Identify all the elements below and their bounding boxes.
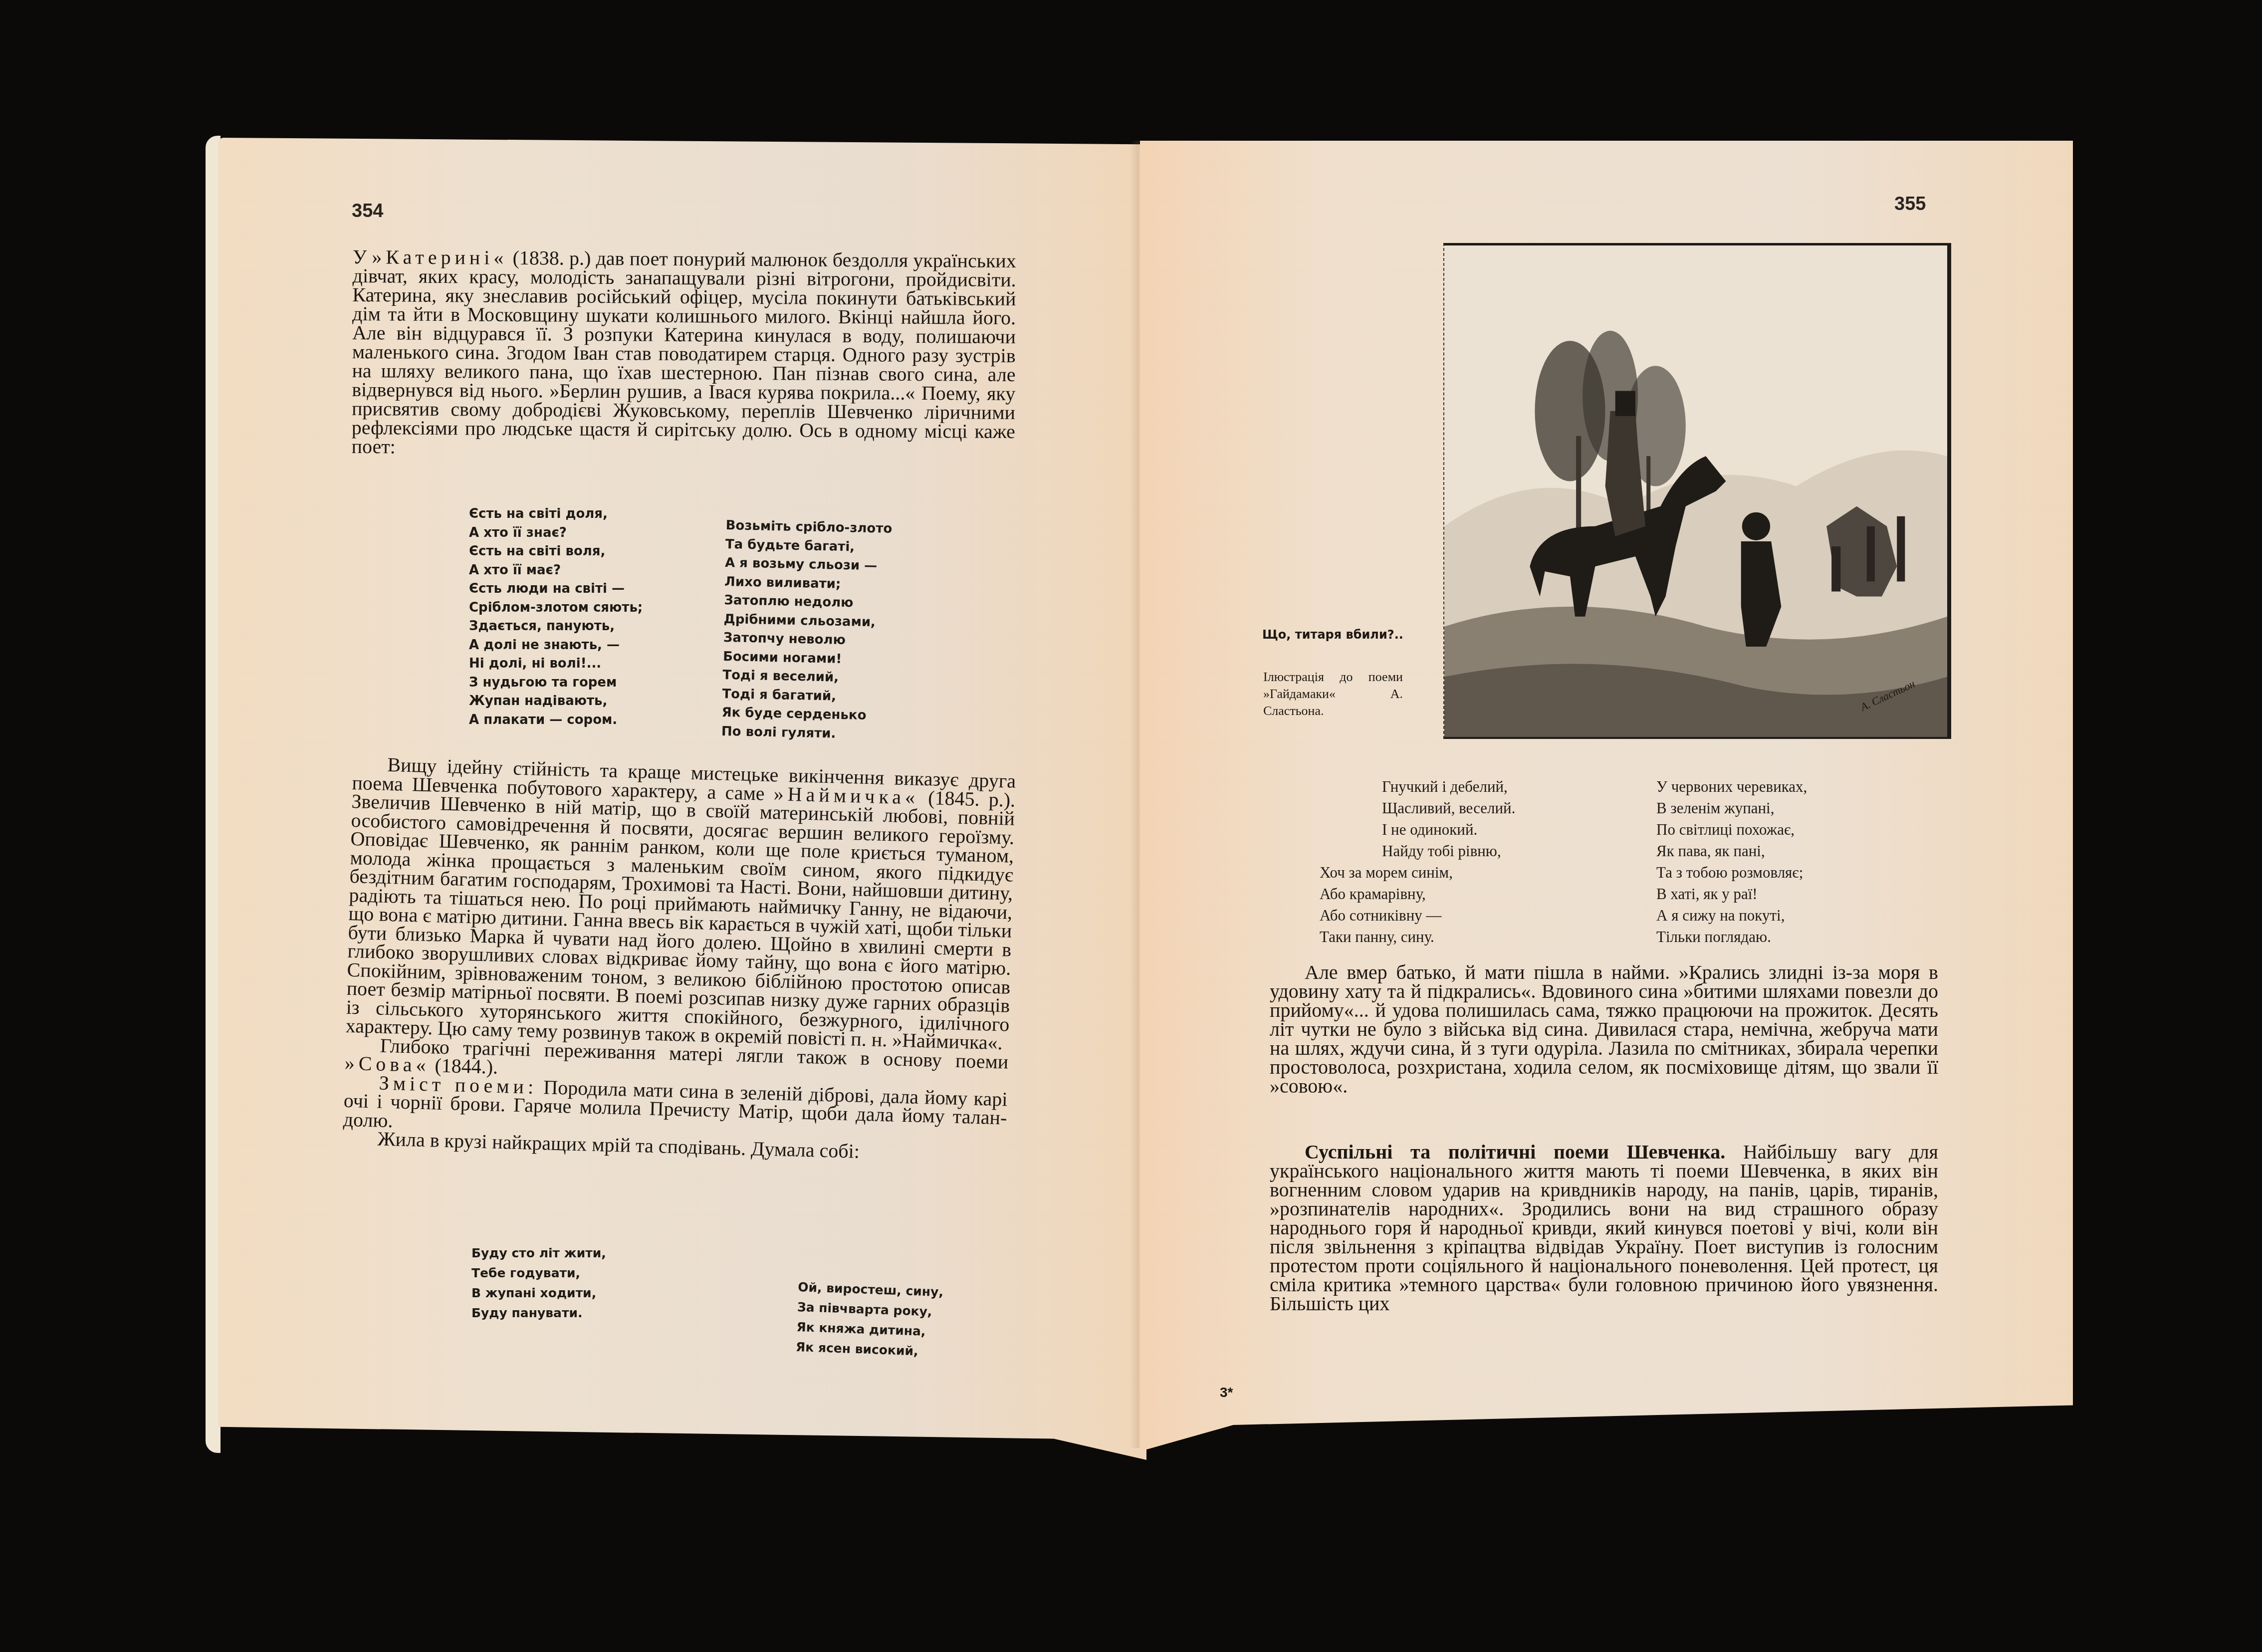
- page-stack-edge: [206, 136, 221, 1453]
- illustration-haidamaky: А. Сластьон: [1443, 243, 1951, 739]
- paragraph-naimychka: Вищу ідейну стійність та краще мистецьке…: [345, 754, 1016, 1052]
- verse-3-left-b: Хоч за морем синім,Або крамарівну,Або со…: [1320, 862, 1453, 947]
- verse-2-left: Буду сто літ жити,Тебе годувати,В жупані…: [471, 1243, 606, 1323]
- signature-mark: 3*: [1220, 1385, 1233, 1401]
- page-number-left: 354: [352, 201, 383, 222]
- intro-paragraph: У »Катерині« (1838. р.) дав поет понурий…: [351, 247, 1016, 460]
- illustration-quote: Що, титаря вбили?..: [1262, 628, 1403, 642]
- verse-2-right: Ой, виростеш, сину,За півчварта року,Як …: [795, 1277, 943, 1362]
- verse-3-right: У червоних черевиках,В зеленім жупані,По…: [1656, 776, 1807, 947]
- illustration-credit: Ілюстрація до поеми »Гайдамаки« А. Сласт…: [1263, 669, 1403, 719]
- verse-1-left: Єсть на світі доля,А хто її знає?Єсть на…: [469, 505, 643, 729]
- body-paragraphs-left: Вищу ідейну стійність та краще мистецьке…: [342, 754, 1016, 1165]
- paragraph-widow: Але вмер батько, й мати пішла в найми. »…: [1270, 963, 1938, 1096]
- page-number-right: 355: [1894, 194, 1926, 215]
- open-book: 354 У »Катерині« (1838. р.) дав поет пон…: [0, 0, 2262, 1652]
- engraving-image: [1444, 245, 1947, 737]
- verse-1-right: Возьміть срібло-злотоТа будьте багаті,А …: [721, 516, 893, 744]
- section-social-political-poems: Суспільні та політичні поеми Шевченка. Н…: [1270, 1143, 1938, 1313]
- verse-3-left-a: Гнучкий і дебелий,Щасливий, веселий.І не…: [1382, 776, 1515, 862]
